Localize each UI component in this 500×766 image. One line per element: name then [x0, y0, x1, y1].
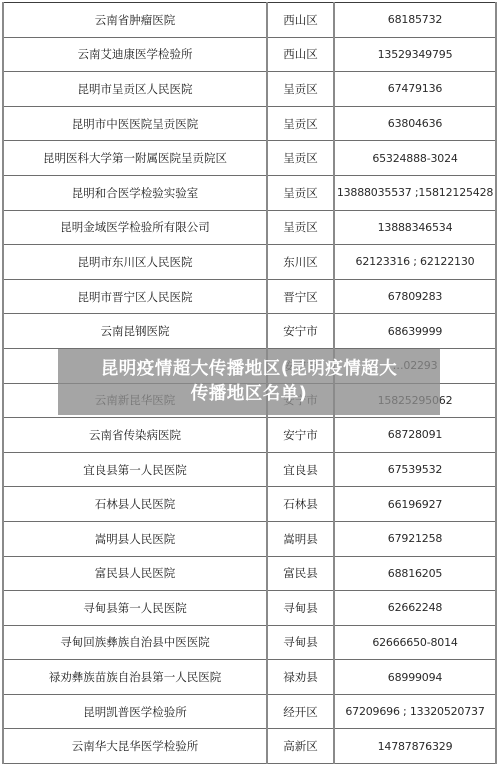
phone-cell: 67921258: [334, 521, 496, 556]
hospital-name-cell: 禄劝彝族苗族自治县第一人民医院: [3, 660, 267, 695]
hospital-name-cell: 昆明金域医学检验所有限公司: [3, 210, 267, 245]
district-cell: 嵩明县: [267, 521, 334, 556]
table-row: 宜良县第一人民医院宜良县67539532: [3, 452, 496, 487]
table-row: 昆明金域医学检验所有限公司呈贡区13888346534: [3, 210, 496, 245]
hospital-name-cell: 云南艾迪康医学检验所: [3, 37, 267, 72]
district-cell: 呈贡区: [267, 210, 334, 245]
district-cell: 呈贡区: [267, 106, 334, 141]
district-cell: 经开区: [267, 694, 334, 729]
hospital-name-cell: 云南昆钢医院: [3, 314, 267, 349]
table-row: 富民县人民医院富民县68816205: [3, 556, 496, 591]
hospital-name-cell: 寻甸回族彝族自治县中医医院: [3, 625, 267, 660]
phone-cell: 67539532: [334, 452, 496, 487]
district-cell: 宜良县: [267, 452, 334, 487]
district-cell: 禄劝县: [267, 660, 334, 695]
table-row: 昆明市中医医院呈贡医院呈贡区63804636: [3, 106, 496, 141]
phone-cell: 68728091: [334, 418, 496, 453]
phone-cell: 68185732: [334, 3, 496, 38]
district-cell: 西山区: [267, 3, 334, 38]
phone-cell: 14787876329: [334, 729, 496, 764]
phone-cell: 67809283: [334, 279, 496, 314]
hospital-name-cell: 嵩明县人民医院: [3, 521, 267, 556]
district-cell: 晋宁区: [267, 279, 334, 314]
hospital-name-cell: 昆明市东川区人民医院: [3, 245, 267, 280]
overlay-title-line-1: 昆明疫情超大传播地区(昆明疫情超大: [101, 357, 398, 382]
hospital-name-cell: 昆明市呈贡区人民医院: [3, 72, 267, 107]
hospital-name-cell: 云南省肿瘤医院: [3, 3, 267, 38]
table-row: 云南艾迪康医学检验所西山区13529349795: [3, 37, 496, 72]
phone-cell: 13888346534: [334, 210, 496, 245]
hospital-name-cell: 云南华大昆华医学检验所: [3, 729, 267, 764]
phone-cell: 63804636: [334, 106, 496, 141]
phone-cell: 66196927: [334, 487, 496, 522]
phone-cell: 67209696 ; 13320520737: [334, 694, 496, 729]
district-cell: 寻甸县: [267, 591, 334, 626]
table-row: 寻甸县第一人民医院寻甸县62662248: [3, 591, 496, 626]
table-row: 昆明和合医学检验实验室呈贡区13888035537 ;15812125428: [3, 175, 496, 210]
phone-cell: 65324888-3024: [334, 141, 496, 176]
document-page: 云南省肿瘤医院西山区68185732云南艾迪康医学检验所西山区135293497…: [0, 0, 500, 766]
table-row: 云南省肿瘤医院西山区68185732: [3, 3, 496, 38]
district-cell: 寻甸县: [267, 625, 334, 660]
table-row: 昆明市东川区人民医院东川区62123316 ; 62122130: [3, 245, 496, 280]
hospital-name-cell: 昆明市晋宁区人民医院: [3, 279, 267, 314]
district-cell: 西山区: [267, 37, 334, 72]
hospital-name-cell: 富民县人民医院: [3, 556, 267, 591]
table-row: 昆明凯普医学检验所经开区67209696 ; 13320520737: [3, 694, 496, 729]
phone-cell: 62666650-8014: [334, 625, 496, 660]
district-cell: 富民县: [267, 556, 334, 591]
district-cell: 石林县: [267, 487, 334, 522]
district-cell: 呈贡区: [267, 141, 334, 176]
phone-cell: 68816205: [334, 556, 496, 591]
phone-cell: 67479136: [334, 72, 496, 107]
table-row: 寻甸回族彝族自治县中医医院寻甸县62666650-8014: [3, 625, 496, 660]
hospital-name-cell: 云南省传染病医院: [3, 418, 267, 453]
district-cell: 呈贡区: [267, 72, 334, 107]
overlay-title-line-2: 传播地区名单): [191, 382, 308, 407]
hospital-name-cell: 昆明市中医医院呈贡医院: [3, 106, 267, 141]
hospital-name-cell: 昆明凯普医学检验所: [3, 694, 267, 729]
table-row: 昆明医科大学第一附属医院呈贡院区呈贡区65324888-3024: [3, 141, 496, 176]
table-row: 云南昆钢医院安宁市68639999: [3, 314, 496, 349]
table-row: 石林县人民医院石林县66196927: [3, 487, 496, 522]
phone-cell: 68639999: [334, 314, 496, 349]
hospital-name-cell: 昆明和合医学检验实验室: [3, 175, 267, 210]
district-cell: 东川区: [267, 245, 334, 280]
district-cell: 安宁市: [267, 314, 334, 349]
hospital-name-cell: 宜良县第一人民医院: [3, 452, 267, 487]
hospital-name-cell: 石林县人民医院: [3, 487, 267, 522]
table-row: 禄劝彝族苗族自治县第一人民医院禄劝县68999094: [3, 660, 496, 695]
table-row: 云南华大昆华医学检验所高新区14787876329: [3, 729, 496, 764]
overlay-title-banner: 昆明疫情超大传播地区(昆明疫情超大 传播地区名单): [58, 349, 440, 415]
district-cell: 呈贡区: [267, 175, 334, 210]
phone-cell: 62123316 ; 62122130: [334, 245, 496, 280]
phone-cell: 62662248: [334, 591, 496, 626]
hospital-name-cell: 寻甸县第一人民医院: [3, 591, 267, 626]
hospital-name-cell: 昆明医科大学第一附属医院呈贡院区: [3, 141, 267, 176]
table-row: 嵩明县人民医院嵩明县67921258: [3, 521, 496, 556]
table-row: 昆明市呈贡区人民医院呈贡区67479136: [3, 72, 496, 107]
district-cell: 安宁市: [267, 418, 334, 453]
phone-cell: 68999094: [334, 660, 496, 695]
district-cell: 高新区: [267, 729, 334, 764]
table-row: 云南省传染病医院安宁市68728091: [3, 418, 496, 453]
phone-cell: 13529349795: [334, 37, 496, 72]
phone-cell: 13888035537 ;15812125428: [334, 175, 496, 210]
table-row: 昆明市晋宁区人民医院晋宁区67809283: [3, 279, 496, 314]
